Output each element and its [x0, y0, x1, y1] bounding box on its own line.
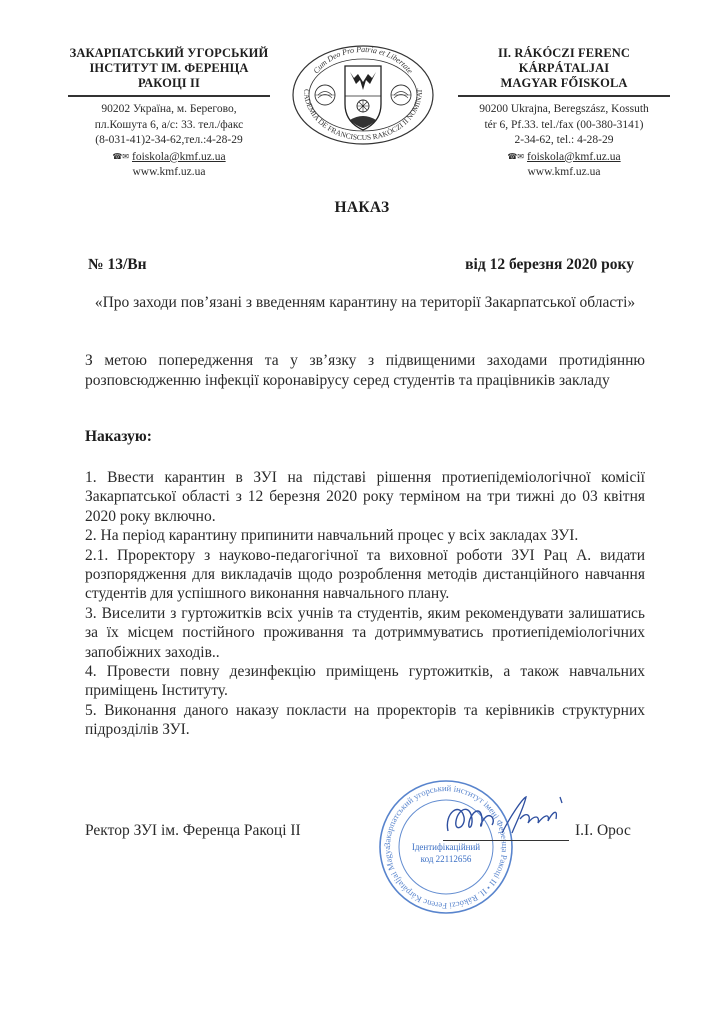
- institution-name-hu-line2: KÁRPÁTALJAI: [454, 61, 674, 76]
- order-item-3: 3. Виселити з гуртожитків всіх учнів та …: [85, 604, 645, 662]
- phone-envelope-icon: ☎✉: [112, 152, 129, 161]
- address-ua-line2: пл.Кошута 6, а/с: 33. тел./факс: [64, 118, 274, 134]
- email-link[interactable]: foiskola@kmf.uz.ua: [527, 151, 621, 163]
- institution-name-ua-line1: ЗАКАРПАТСЬКИЙ УГОРСЬКИЙ: [64, 46, 274, 61]
- institution-name-ua-line2: ІНСТИТУТ ІМ. ФЕРЕНЦА: [64, 61, 274, 76]
- address-hu-line1: 90200 Ukrajna, Beregszász, Kossuth: [454, 102, 674, 118]
- order-items-list: 1. Ввести карантин в ЗУІ на підставі ріш…: [85, 468, 645, 740]
- handwritten-signature: [440, 793, 580, 839]
- order-label: Наказую:: [85, 428, 152, 446]
- address-hu-line2: tér 6, Pf.33. tel./fax (00-380-3141): [454, 118, 674, 134]
- institution-name-ua-line3: РАКОЦІ II: [64, 76, 274, 91]
- signature-line: [443, 840, 569, 841]
- institution-name-hu-line3: MAGYAR FŐISKOLA: [454, 76, 674, 91]
- email-row: ☎✉foiskola@kmf.uz.ua: [454, 149, 674, 166]
- header-left-ukrainian: ЗАКАРПАТСЬКИЙ УГОРСЬКИЙ ІНСТИТУТ ІМ. ФЕР…: [64, 46, 274, 181]
- svg-text:код 22112656: код 22112656: [421, 854, 472, 864]
- website-link[interactable]: www.kmf.uz.ua: [454, 165, 674, 181]
- order-date: від 12 березня 2020 року: [465, 256, 634, 274]
- address-hu-line3: 2-34-62, tel.: 4-28-29: [454, 133, 674, 149]
- order-item-5: 5. Виконання даного наказу покласти на п…: [85, 701, 645, 740]
- order-item-2: 2. На період карантину припинити навчаль…: [85, 526, 645, 545]
- academy-seal-logo: Cum Deo Pro Patria et Libertate ACADEMIA…: [290, 44, 436, 146]
- signatory-role: Ректор ЗУІ ім. Ференца Ракоці ІІ: [85, 822, 301, 840]
- document-title: НАКАЗ: [0, 199, 724, 217]
- svg-text:Ідентифікаційний: Ідентифікаційний: [412, 842, 480, 852]
- signatory-name: І.І. Орос: [575, 822, 631, 840]
- header-divider: [458, 95, 670, 97]
- document-page: ЗАКАРПАТСЬКИЙ УГОРСЬКИЙ ІНСТИТУТ ІМ. ФЕР…: [0, 0, 724, 1024]
- order-number: № 13/Вн: [88, 256, 147, 274]
- address-ua-line1: 90202 Україна, м. Берегово,: [64, 102, 274, 118]
- order-item-1: 1. Ввести карантин в ЗУІ на підставі ріш…: [85, 468, 645, 526]
- header-right-hungarian: II. RÁKÓCZI FERENC KÁRPÁTALJAI MAGYAR FŐ…: [454, 46, 674, 181]
- phone-envelope-icon: ☎✉: [507, 152, 524, 161]
- email-row: ☎✉foiskola@kmf.uz.ua: [64, 149, 274, 166]
- order-item-2-1: 2.1. Проректору з науково-педагогічної т…: [85, 546, 645, 604]
- order-subject: «Про заходи пов’язані з введенням карант…: [80, 293, 650, 312]
- order-item-4: 4. Провести повну дезинфекцію приміщень …: [85, 662, 645, 701]
- header-divider: [68, 95, 270, 97]
- website-link[interactable]: www.kmf.uz.ua: [64, 165, 274, 181]
- order-preamble: З метою попередження та у зв’язку з підв…: [85, 351, 645, 391]
- address-ua-line3: (8-031-41)2-34-62,тел.:4-28-29: [64, 133, 274, 149]
- email-link[interactable]: foiskola@kmf.uz.ua: [132, 151, 226, 163]
- institution-name-hu-line1: II. RÁKÓCZI FERENC: [454, 46, 674, 61]
